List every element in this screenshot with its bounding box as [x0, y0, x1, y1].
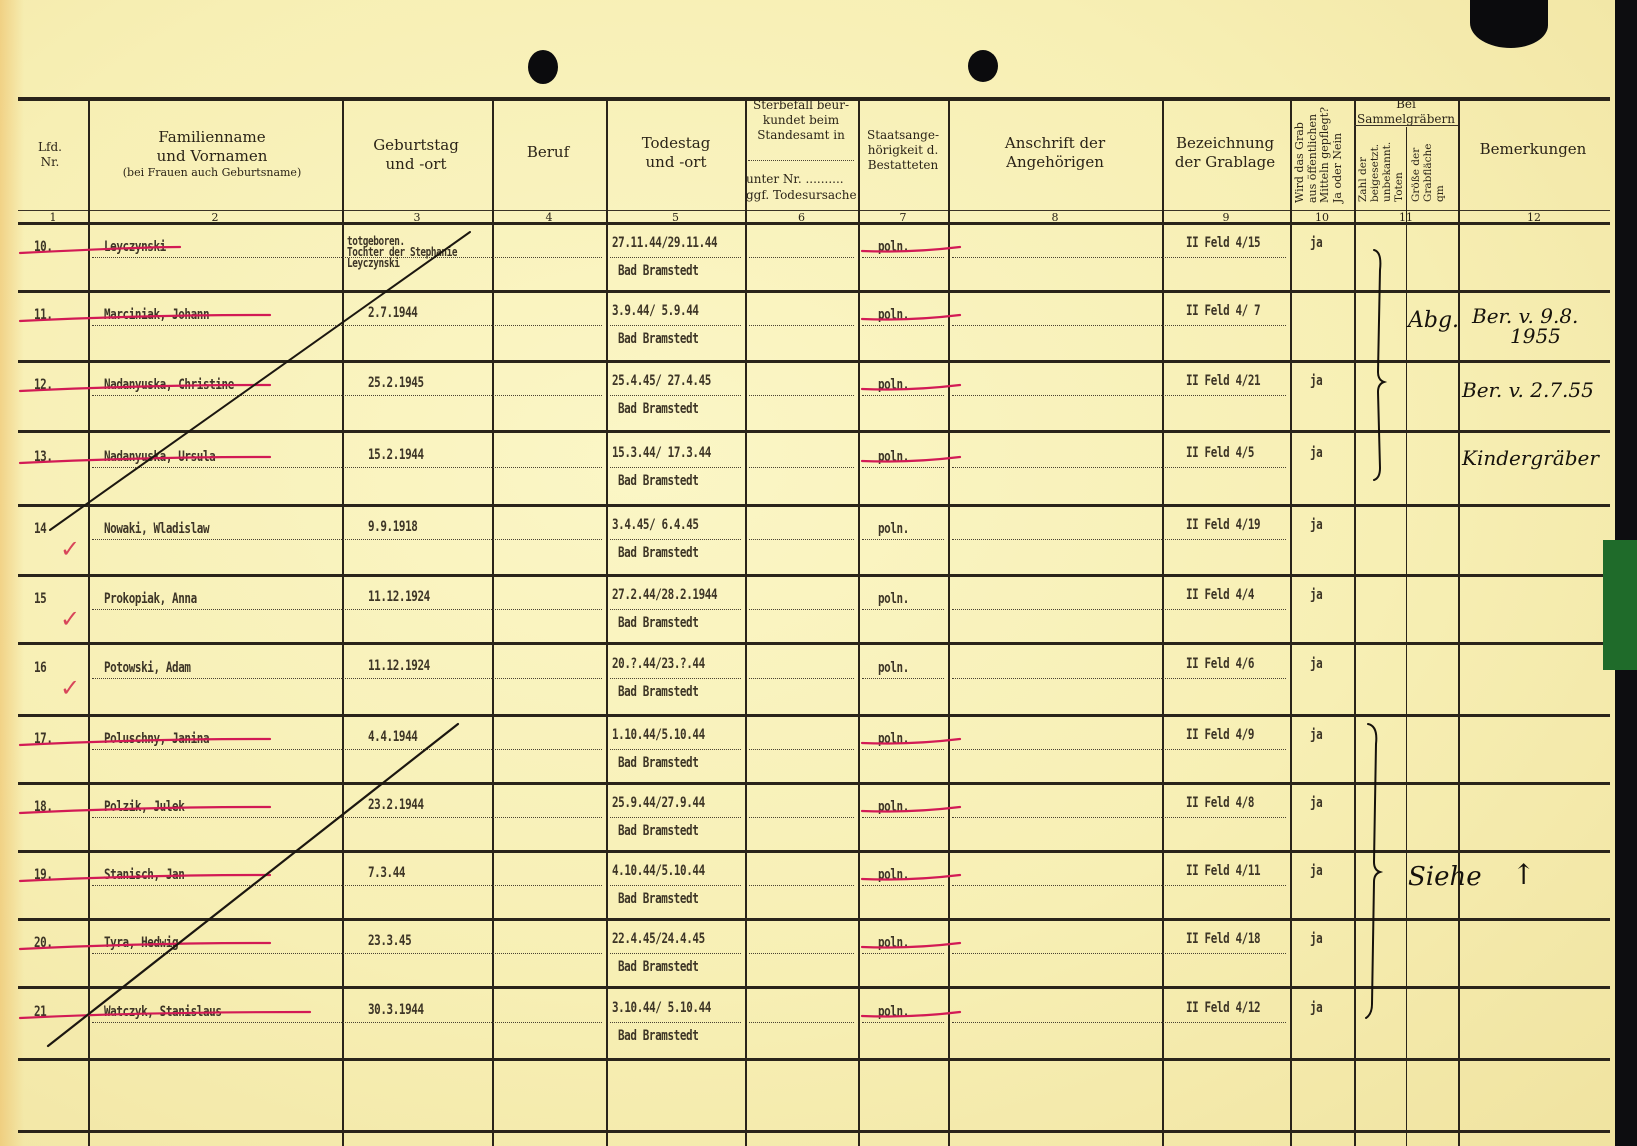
- brace-group-1: [1374, 250, 1384, 480]
- strikethrough-nationality: [862, 1012, 960, 1017]
- strikethrough-name: [20, 315, 270, 321]
- strikethrough-nationality: [862, 457, 960, 462]
- form-sheet: Lfd. Nr. Familienname und Vornamen (bei …: [0, 0, 1615, 1146]
- strikethrough-name: [20, 943, 270, 949]
- strikethrough-nationality: [862, 807, 960, 812]
- cancel-line-upper: [50, 232, 470, 530]
- strikethrough-nationality: [862, 385, 960, 390]
- strikethrough-name: [20, 807, 270, 813]
- strikethrough-nationality: [862, 315, 960, 320]
- background-edge: [1603, 540, 1637, 670]
- strikethrough-nationality: [862, 943, 960, 948]
- strikethrough-name: [20, 1012, 310, 1018]
- strikethrough-nationality: [862, 739, 960, 744]
- strikethrough-name: [20, 739, 270, 745]
- strikethrough-name: [20, 385, 270, 391]
- cancel-line-lower: [48, 724, 458, 1046]
- brace-group-2: [1366, 724, 1380, 1018]
- strikethrough-name: [20, 875, 270, 881]
- strikethrough-nationality: [862, 875, 960, 880]
- pen-annotations: [0, 0, 1615, 1146]
- strikethrough-nationality: [862, 247, 960, 252]
- strikethrough-name: [20, 247, 180, 253]
